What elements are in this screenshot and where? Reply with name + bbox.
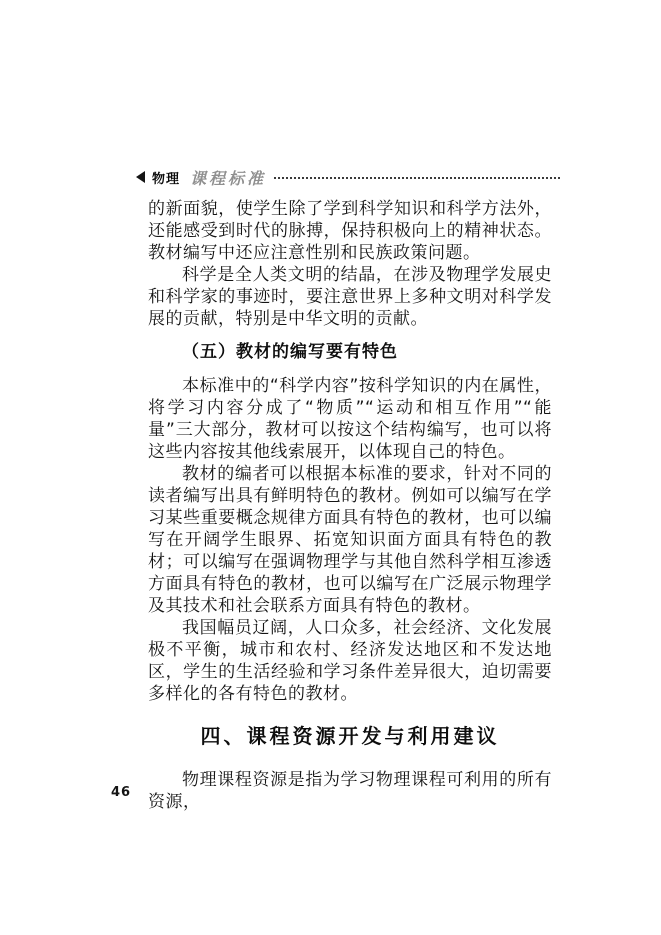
page-number: 46 [111,785,131,800]
body-paragraph-diversity: 我国幅员辽阔，人口众多，社会经济、文化发展极不平衡，城市和农村、经济发达地区和不… [148,617,552,705]
header-dotted-rule [274,177,560,179]
body-paragraph-science: 科学是全人类文明的结晶，在涉及物理学发展史和科学家的事迹时，要注意世界上多种文明… [148,264,552,330]
body-paragraph-editors: 教材的编者可以根据本标准的要求，针对不同的读者编写出具有鲜明特色的教材。例如可以… [148,463,552,617]
running-head: 物理 课程标准 [136,166,560,188]
subject-label: 物理 [152,168,180,187]
section-heading: 四、课程资源开发与利用建议 [148,723,552,749]
body-paragraph-continuation: 的新面貌，使学生除了学到科学知识和科学方法外，还能感受到时代的脉搏，保持积极向上… [148,198,552,264]
series-title: 课程标准 [190,166,266,189]
book-page: 物理 课程标准 的新面貌，使学生除了学到科学知识和科学方法外，还能感受到时代的脉… [0,0,661,935]
page-body: 的新面貌，使学生除了学到科学知识和科学方法外，还能感受到时代的脉搏，保持积极向上… [148,198,552,813]
body-paragraph-structure: 本标准中的“科学内容”按科学知识的内在属性，将学习内容分成了“物质”“运动和相互… [148,375,552,463]
left-triangle-icon [136,171,145,183]
body-paragraph-resources: 物理课程资源是指为学习物理课程可利用的所有资源， [148,769,552,813]
subsection-heading: （五）教材的编写要有特色 [148,341,552,364]
